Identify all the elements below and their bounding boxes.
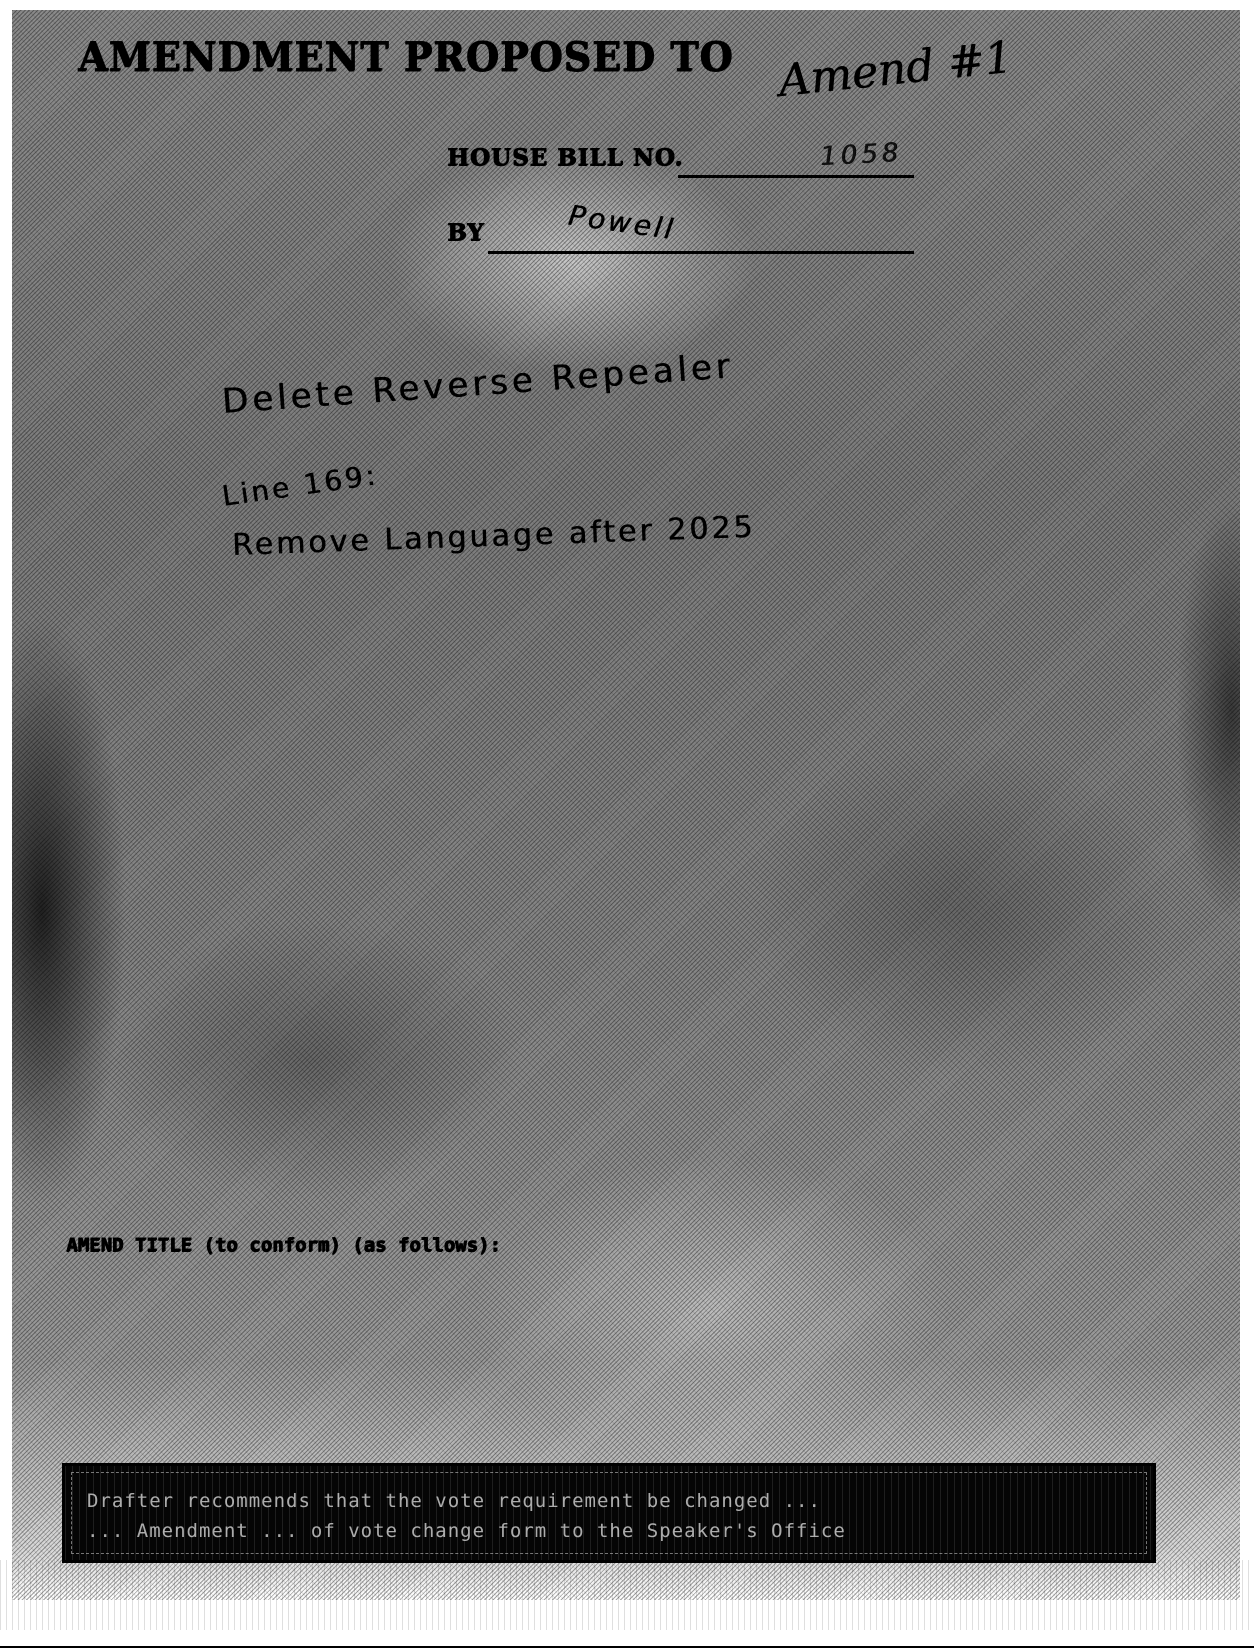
- page-bottom-edge: [0, 1646, 1254, 1648]
- drafter-note-line: ... Amendment ... of vote change form to…: [87, 1520, 1131, 1542]
- amend-title-label: AMEND TITLE (to conform) (as follows):: [66, 1234, 501, 1256]
- bill-number-underline: [678, 175, 914, 178]
- handwritten-bill-number: 1058: [819, 138, 903, 172]
- by-label: BY: [447, 219, 484, 246]
- house-bill-label: HOUSE BILL NO.: [447, 144, 683, 171]
- scanned-page: AMENDMENT PROPOSED TO Amend #1 HOUSE BIL…: [0, 0, 1254, 1650]
- scan-texture: [12, 10, 1240, 1600]
- form-heading: AMENDMENT PROPOSED TO: [78, 33, 733, 80]
- scan-noise-bottom: [0, 1560, 1254, 1630]
- drafter-note-box: Drafter recommends that the vote require…: [62, 1463, 1156, 1563]
- sponsor-underline: [488, 251, 914, 254]
- drafter-note-line: Drafter recommends that the vote require…: [87, 1490, 1131, 1512]
